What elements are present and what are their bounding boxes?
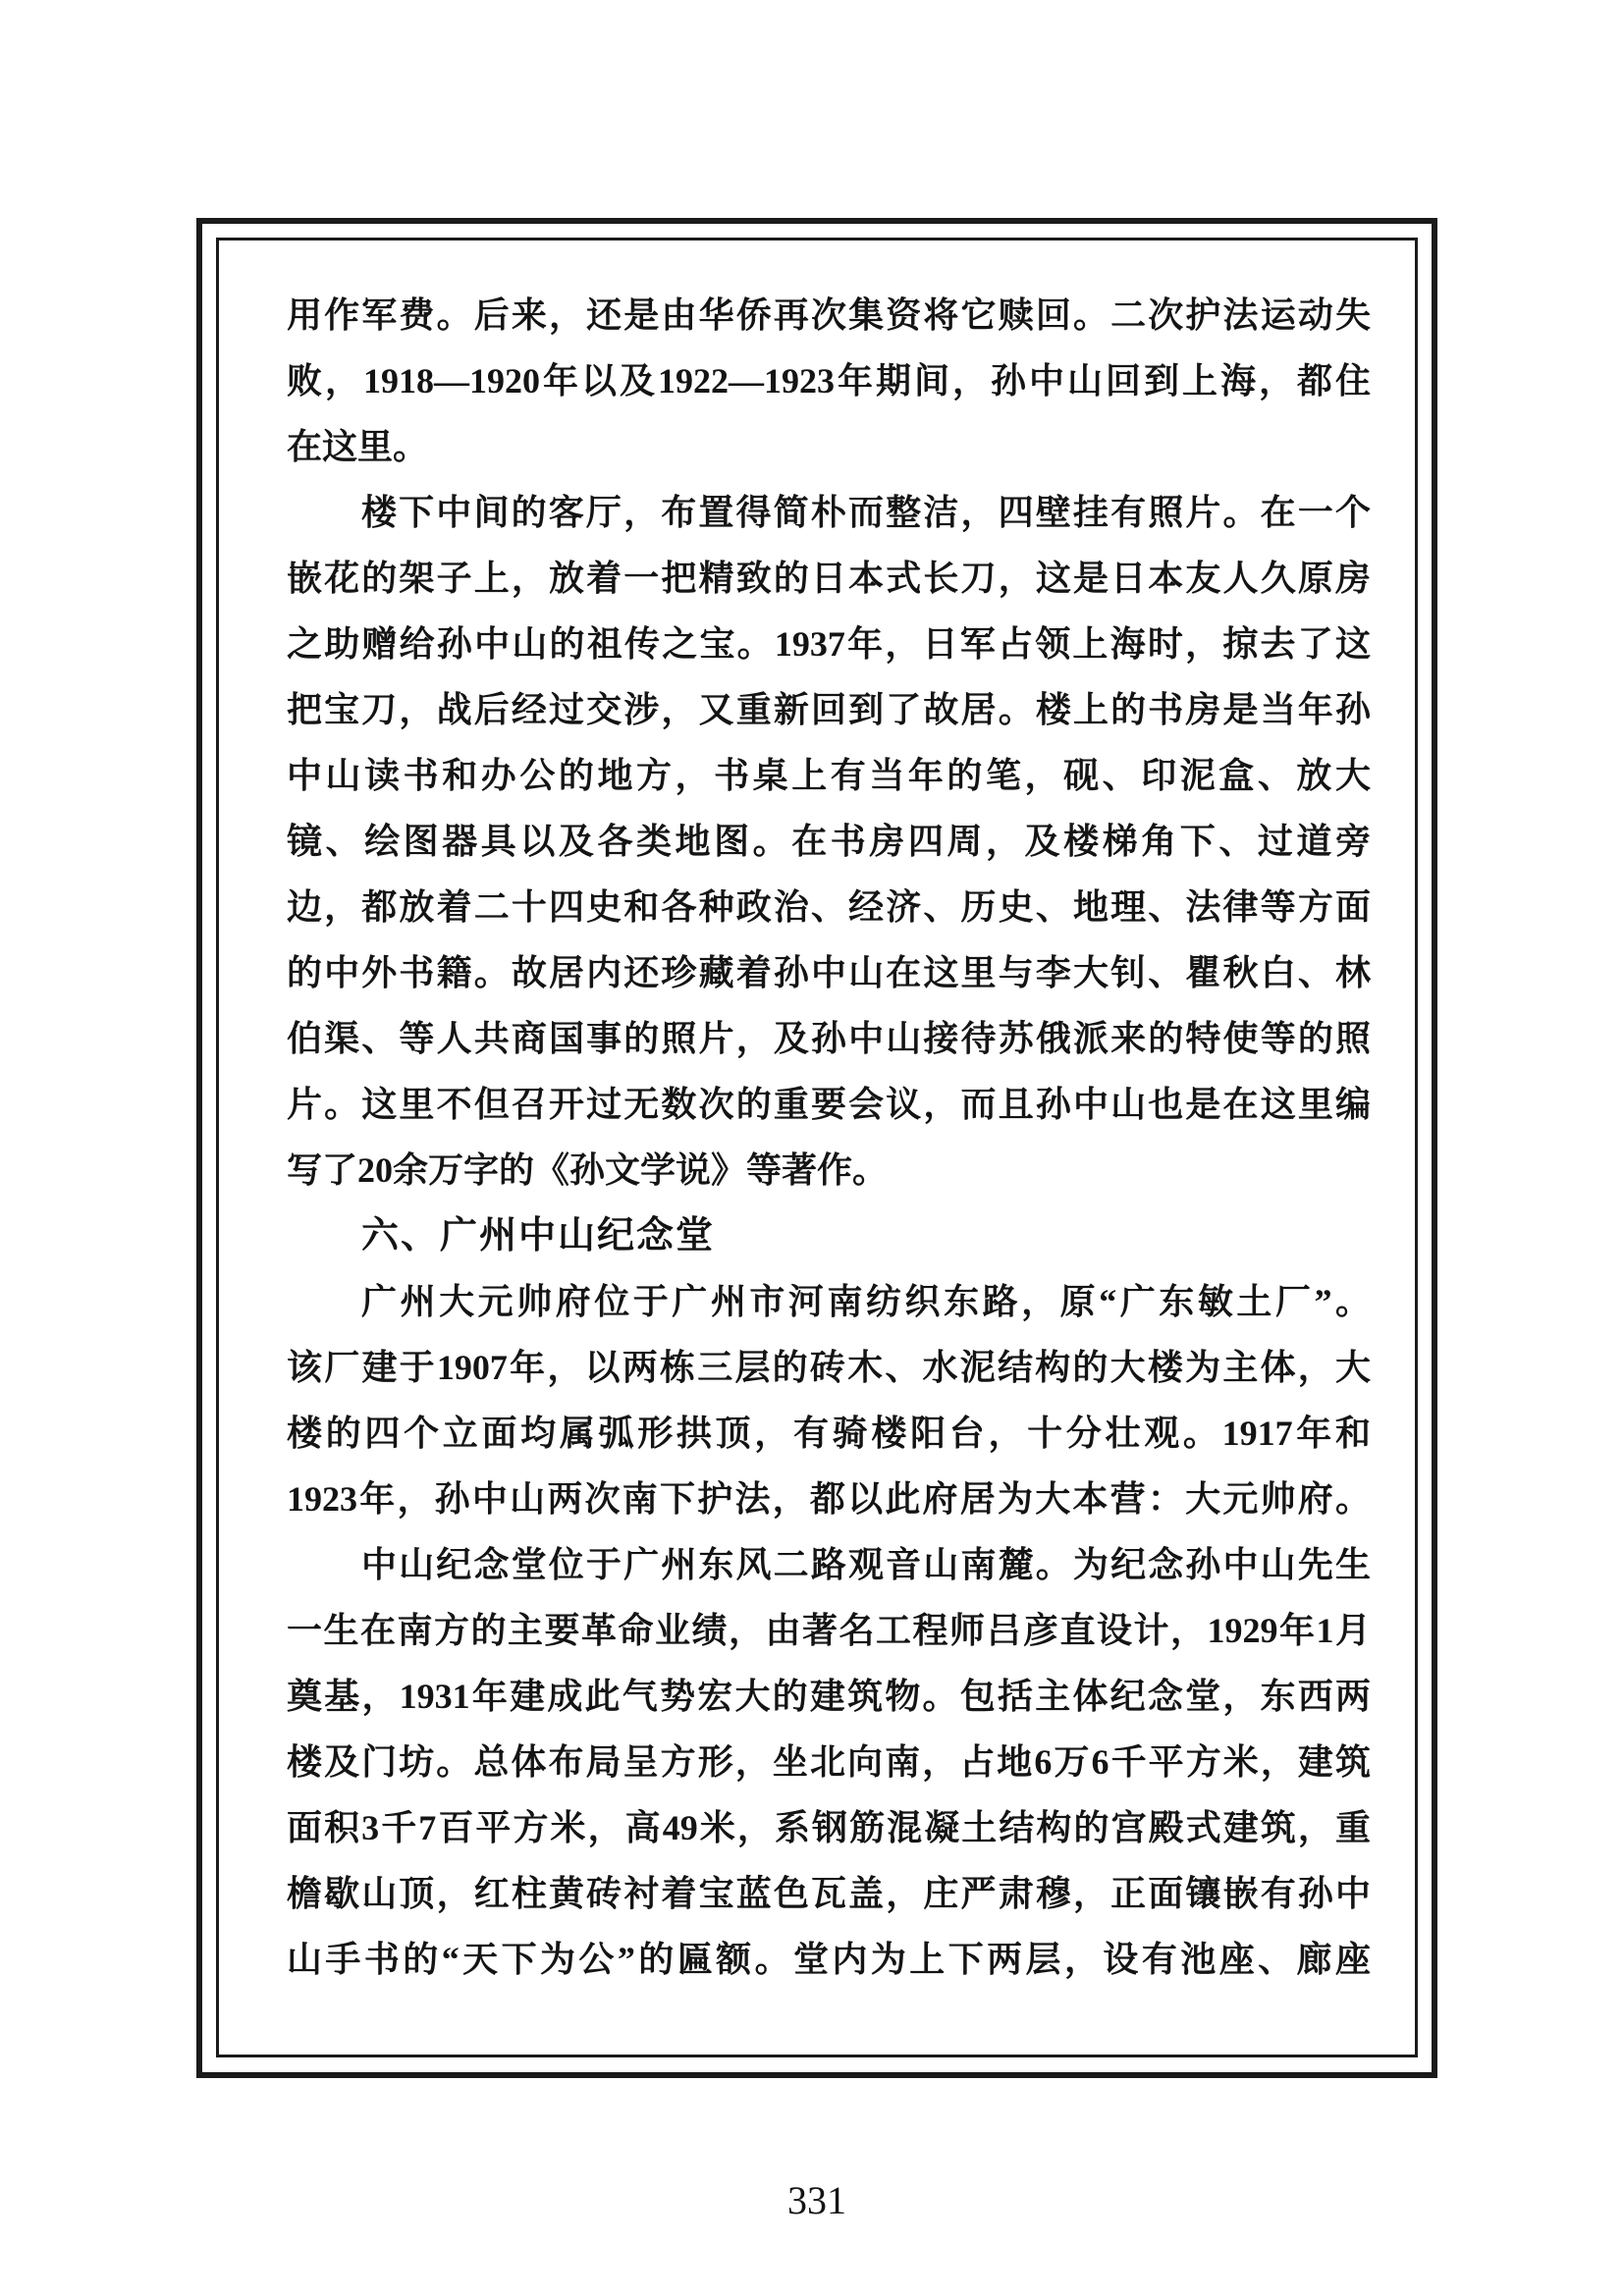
text-line: 楼的四个立面均属弧形拱顶，有骑楼阳台，十分壮观。1917年和 (287, 1401, 1371, 1467)
text-line: 写了20余万字的《孙文学说》等著作。 (287, 1138, 1371, 1203)
text-line: 的中外书籍。故居内还珍藏着孙中山在这里与李大钊、瞿秋白、林 (287, 940, 1371, 1006)
text-line: 一生在南方的主要革命业绩，由著名工程师吕彦直设计，1929年1月 (287, 1598, 1371, 1664)
text-line: 镜、绘图器具以及各类地图。在书房四周，及楼梯角下、过道旁 (287, 809, 1371, 875)
text-line: 嵌花的架子上，放着一把精致的日本式长刀，这是日本友人久原房 (287, 546, 1371, 612)
text-line: 奠基，1931年建成此气势宏大的建筑物。包括主体纪念堂，东西两 (287, 1664, 1371, 1730)
text-line: 片。这里不但召开过无数次的重要会议，而且孙中山也是在这里编 (287, 1072, 1371, 1138)
text-line: 面积3千7百平方米，高49米，系钢筋混凝土结构的宫殿式建筑，重 (287, 1795, 1371, 1861)
text-line: 中山读书和办公的地方，书桌上有当年的笔，砚、印泥盒、放大 (287, 743, 1371, 809)
text-line: 在这里。 (287, 414, 1371, 480)
text-line: 伯渠、等人共商国事的照片，及孙中山接待苏俄派来的特使等的照 (287, 1006, 1371, 1072)
text-line: 楼下中间的客厅，布置得简朴而整洁，四壁挂有照片。在一个 (287, 480, 1371, 546)
text-line: 把宝刀，战后经过交涉，又重新回到了故居。楼上的书房是当年孙 (287, 677, 1371, 743)
text-line: 边，都放着二十四史和各种政治、经济、历史、地理、法律等方面 (287, 875, 1371, 940)
text-line: 楼及门坊。总体布局呈方形，坐北向南，占地6万6千平方米，建筑 (287, 1730, 1371, 1795)
text-line: 中山纪念堂位于广州东风二路观音山南麓。为纪念孙中山先生 (287, 1532, 1371, 1598)
text-line: 1923年，孙中山两次南下护法，都以此府居为大本营：大元帅府。 (287, 1467, 1371, 1532)
text-line: 檐歇山顶，红柱黄砖衬着宝蓝色瓦盖，庄严肃穆，正面镶嵌有孙中 (287, 1861, 1371, 1927)
book-page: 用作军费。后来，还是由华侨再次集资将它赎回。二次护法运动失 败，1918—192… (0, 0, 1623, 2296)
text-block: 用作军费。后来，还是由华侨再次集资将它赎回。二次护法运动失 败，1918—192… (287, 283, 1371, 1993)
section-heading: 六、广州中山纪念堂 (287, 1203, 1371, 1269)
text-line: 该厂建于1907年，以两栋三层的砖木、水泥结构的大楼为主体，大 (287, 1335, 1371, 1401)
text-line: 败，1918—1920年以及1922—1923年期间，孙中山回到上海，都住 (287, 348, 1371, 414)
text-line: 广州大元帅府位于广州市河南纺织东路，原“广东敏土厂”。 (287, 1269, 1371, 1335)
text-line: 用作军费。后来，还是由华侨再次集资将它赎回。二次护法运动失 (287, 283, 1371, 348)
text-line: 山手书的“天下为公”的匾额。堂内为上下两层，设有池座、廊座 (287, 1927, 1371, 1993)
page-number: 331 (196, 2177, 1437, 2223)
text-line: 之助赠给孙中山的祖传之宝。1937年，日军占领上海时，掠去了这 (287, 612, 1371, 677)
